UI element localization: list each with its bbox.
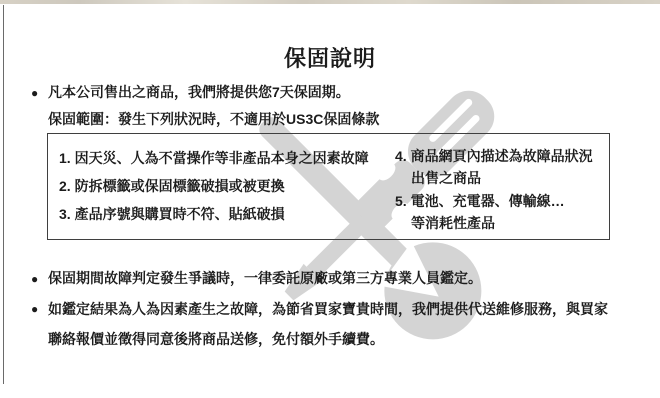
exclusion-item-5: 5. 電池、充電器、傳輸線… 等消耗性產品 [395, 190, 565, 234]
repair-bullet-row: ● 如鑑定結果為人為因素產生之故障，為節省買家寶貴時間，我們提供代送維修服務，與… [31, 300, 614, 360]
exclusion-item-3: 3. 產品序號與購買時不符、貼紙破損 [59, 204, 285, 224]
exclusion-item-2: 2. 防拆標籤或保固標籤破損或被更換 [59, 176, 285, 196]
notice-content: 保固說明 ● 凡本公司售出之商品，我們將提供您7天保固期。 保固範圍：發生下列狀… [0, 0, 660, 398]
repair-text: 如鑑定結果為人為因素產生之故障，為節省買家寶貴時間，我們提供代送維修服務，與買家… [48, 294, 614, 354]
dispute-text: 保固期間故障判定發生爭議時，一律委託原廠或第三方專業人員鑑定。 [48, 270, 482, 287]
bullet-dot-icon: ● [31, 301, 48, 361]
intro-text: 凡本公司售出之商品，我們將提供您7天保固期。 [48, 84, 350, 101]
exclusion-item-5-line2: 等消耗性產品 [411, 212, 565, 234]
page-title: 保固說明 [0, 42, 660, 73]
exclusion-item-5-line1: 5. 電池、充電器、傳輸線… [395, 190, 565, 212]
exclusion-item-4-line2: 出售之商品 [411, 167, 593, 189]
scope-line: 保固範圍：發生下列狀況時，不適用於US3C保固條款 [48, 109, 379, 129]
bullet-dot-icon: ● [31, 85, 48, 102]
exclusion-item-4: 4. 商品網頁內描述為故障品狀況 出售之商品 [395, 145, 593, 189]
bullet-dot-icon: ● [31, 271, 48, 288]
exclusion-item-1: 1. 因天災、人為不當操作等非產品本身之因素故障 [59, 148, 369, 168]
warranty-notice-page: 保固說明 ● 凡本公司售出之商品，我們將提供您7天保固期。 保固範圍：發生下列狀… [0, 0, 660, 398]
exclusion-item-4-line1: 4. 商品網頁內描述為故障品狀況 [395, 145, 593, 167]
dispute-bullet-row: ● 保固期間故障判定發生爭議時，一律委託原廠或第三方專業人員鑑定。 [31, 270, 482, 287]
exclusion-box: 1. 因天災、人為不當操作等非產品本身之因素故障 2. 防拆標籤或保固標籤破損或… [47, 133, 610, 240]
intro-bullet-row: ● 凡本公司售出之商品，我們將提供您7天保固期。 [31, 84, 350, 101]
